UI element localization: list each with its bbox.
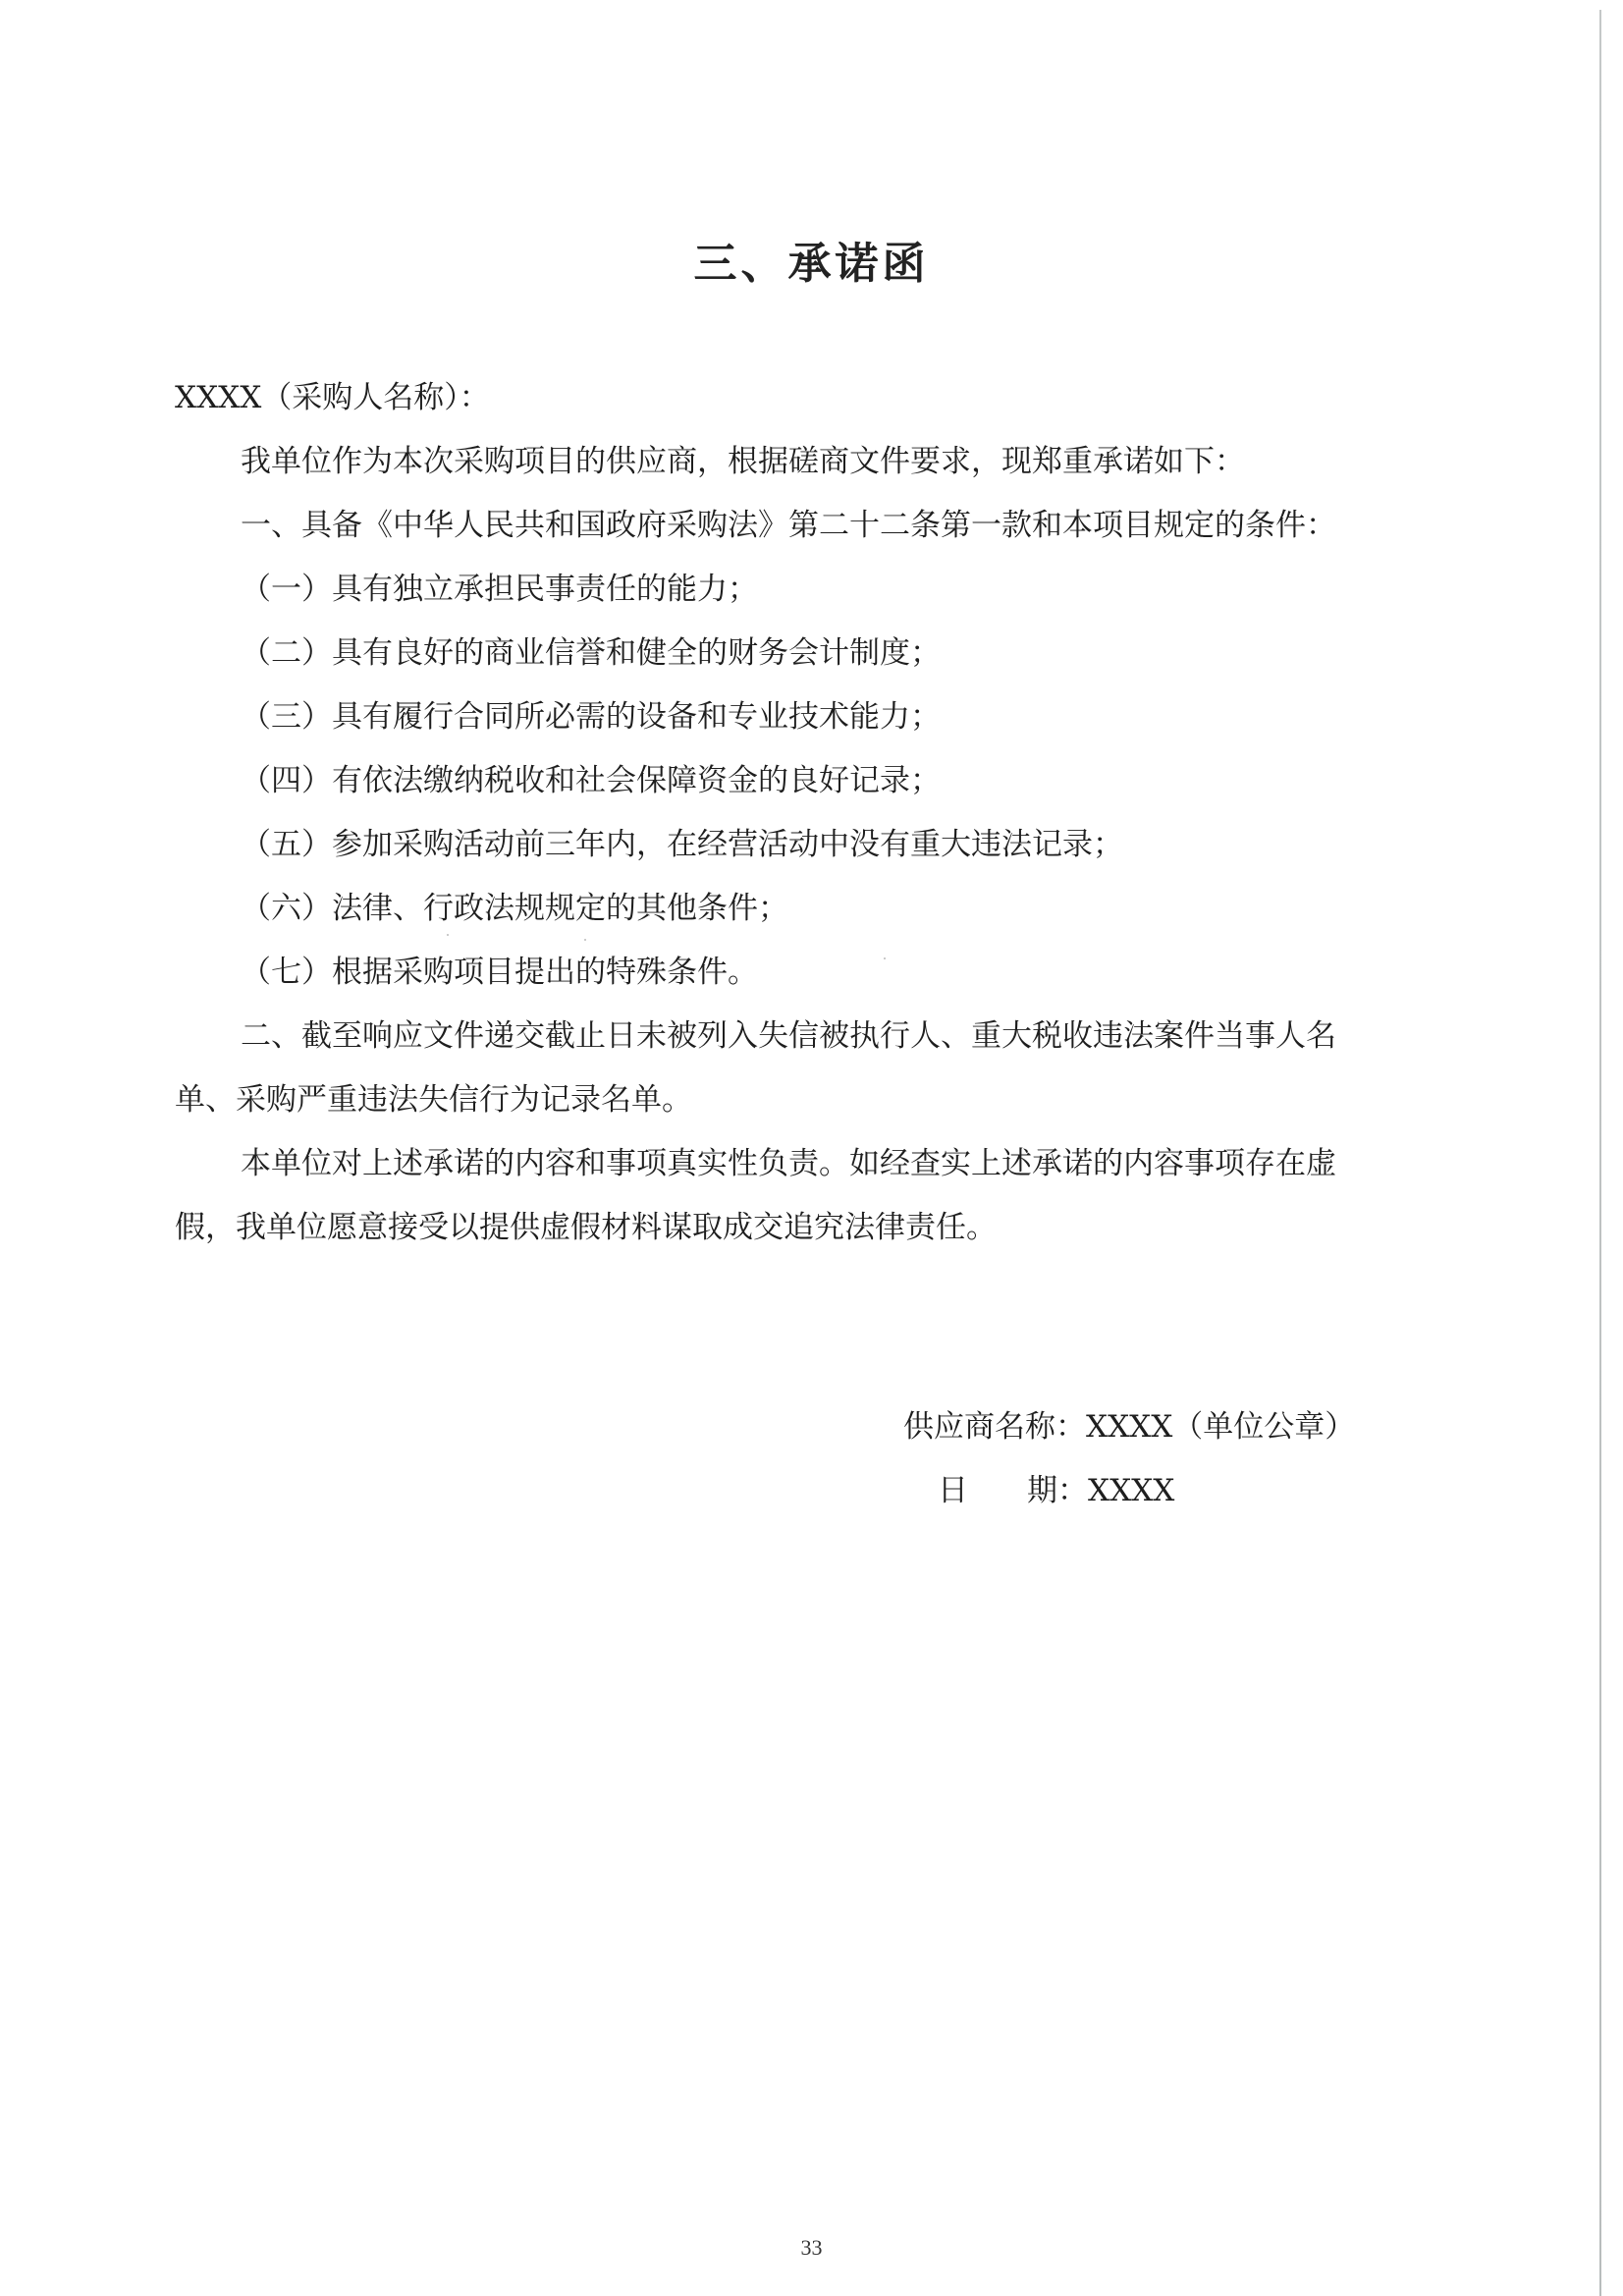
scan-speck [447, 934, 449, 936]
condition-item: （七）根据采购项目提出的特殊条件。 [241, 953, 758, 992]
condition-item: （三）具有履行合同所必需的设备和专业技术能力； [241, 697, 941, 737]
clause-two-line-2: 单、采购严重违法失信行为记录名单。 [175, 1080, 692, 1120]
scan-speck [884, 957, 886, 959]
condition-item: （五）参加采购活动前三年内，在经营活动中没有重大违法记录； [241, 825, 1123, 864]
date-value: XXXX [1088, 1473, 1174, 1508]
scan-edge-line [1599, 10, 1601, 2296]
condition-item: （四）有依法缴纳税收和社会保障资金的良好记录； [241, 761, 941, 800]
page-number: 33 [0, 2235, 1623, 2261]
salutation: XXXX（采购人名称）： [175, 378, 490, 417]
statement-line-1: 本单位对上述承诺的内容和事项真实性负责。如经查实上述承诺的内容事项存在虚 [241, 1144, 1336, 1183]
statement-line-2: 假，我单位愿意接受以提供虚假材料谋取成交追究法律责任。 [175, 1208, 997, 1247]
condition-item: （一）具有独立承担民事责任的能力； [241, 570, 758, 609]
date-label-part-1: 日 [938, 1473, 968, 1508]
document-title: 三、承诺函 [0, 228, 1623, 291]
supplier-value: XXXX（单位公章） [1086, 1409, 1355, 1445]
clause-one: 一、具备《中华人民共和国政府采购法》第二十二条第一款和本项目规定的条件： [241, 506, 1336, 545]
condition-item: （六）法律、行政法规规定的其他条件； [241, 889, 788, 928]
supplier-signature-line: 供应商名称：XXXX（单位公章） [903, 1407, 1355, 1447]
date-label-part-2: 期： [1027, 1473, 1088, 1508]
condition-item: （二）具有良好的商业信誉和健全的财务会计制度； [241, 633, 941, 673]
clause-two-line-1: 二、截至响应文件递交截止日未被列入失信被执行人、重大税收违法案件当事人名 [241, 1016, 1336, 1056]
scan-speck [584, 939, 586, 941]
date-line: 日期：XXXX [938, 1471, 1174, 1510]
intro-paragraph: 我单位作为本次采购项目的供应商，根据磋商文件要求，现郑重承诺如下： [241, 442, 1245, 481]
supplier-label: 供应商名称： [903, 1409, 1086, 1445]
